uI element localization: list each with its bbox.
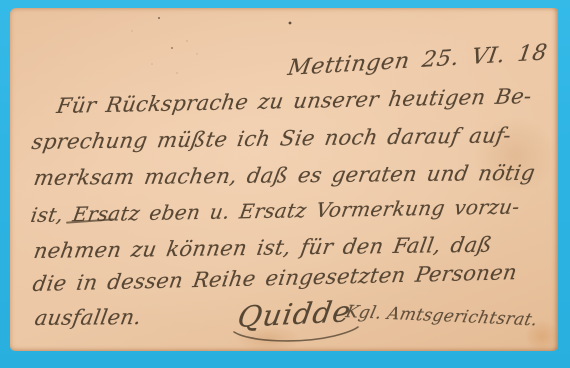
signer-title: Kgl. Amtsgerichtsrat. [344, 302, 540, 330]
handwriting-line: Für Rücksprache zu unserer heutigen Be- [55, 84, 533, 118]
ink-speckles [10, 8, 12, 10]
signature-flourish [230, 324, 362, 346]
postcard: Mettingen 25. VI. 18 Für Rücksprache zu … [10, 8, 558, 351]
handwriting-date-line: Mettingen 25. VI. 18 [286, 40, 549, 81]
handwriting-line: nehmen zu können ist, für den Fall, daß [32, 233, 494, 263]
handwriting-line: sprechung müßte ich Sie noch darauf auf- [30, 123, 513, 154]
handwriting-line: merksam machen, daß es geraten und nötig [32, 161, 537, 190]
handwriting-line: ausfallen. [33, 305, 143, 330]
handwriting-line: ist, Ersatz eben u. Ersatz Vormerkung vo… [29, 194, 521, 226]
photo-background: Mettingen 25. VI. 18 Für Rücksprache zu … [0, 0, 570, 368]
handwriting-line: die in dessen Reihe eingesetzten Persone… [31, 260, 519, 296]
